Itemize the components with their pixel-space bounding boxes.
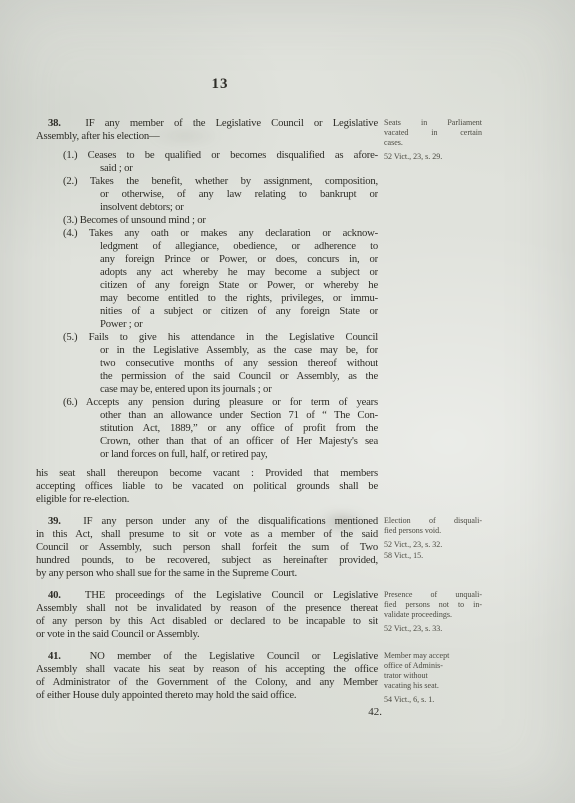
- text-line: 40. THE proceedings of the Legislative C…: [36, 589, 378, 602]
- margin-note-line: validate proceedings.: [384, 610, 482, 620]
- page-number: 13: [36, 76, 378, 93]
- margin-note-line: vacating his seat.: [384, 681, 482, 691]
- text-line: eligible for re-election.: [36, 493, 378, 506]
- section: 39. IF any person under any of the disqu…: [36, 515, 536, 580]
- text-line: two consecutive months of any session th…: [36, 357, 378, 370]
- section-main: 39. IF any person under any of the disqu…: [36, 515, 378, 580]
- text-line: nities of a subject or citizen of any fo…: [36, 305, 378, 318]
- text-line: adopts any act whereby he may become a s…: [36, 266, 378, 279]
- text-line: (4.) Takes any oath or makes any declara…: [36, 227, 378, 240]
- text-line: ledgment of allegiance, obedience, or ad…: [36, 240, 378, 253]
- statute-citation: 58 Vict., 15.: [384, 551, 482, 561]
- margin-note-citations: 52 Vict., 23, s. 33.: [384, 624, 482, 634]
- text-line: Power ; or: [36, 318, 378, 331]
- text-line: or in the Legislative Assembly, as the c…: [36, 344, 378, 357]
- text-line: of either House duly appointed thereto m…: [36, 689, 378, 702]
- text-line: hundred pounds, to be recovered, subject…: [36, 554, 378, 567]
- margin-note-line: vacated in certain: [384, 128, 482, 138]
- margin-note-line: Member may accept: [384, 651, 482, 661]
- margin-note-text: Seats in Parliamentvacated in certaincas…: [384, 118, 482, 148]
- page-content: 13 38. IF any member of the Legislative …: [36, 76, 536, 719]
- statute-citation: 54 Vict., 6, s. 1.: [384, 695, 482, 705]
- margin-note-citations: 52 Vict., 23, s. 29.: [384, 152, 482, 162]
- text-line: his seat shall thereupon become vacant :…: [36, 467, 378, 480]
- text-line: any foreign Prince or Power, or does, co…: [36, 253, 378, 266]
- text-line: (2.) Takes the benefit, whether by assig…: [36, 175, 378, 188]
- margin-note: Seats in Parliamentvacated in certaincas…: [384, 117, 482, 162]
- text-line: other than an allowance under Section 71…: [36, 409, 378, 422]
- margin-note-line: fied persons not to in-: [384, 600, 482, 610]
- catchword: 42.: [36, 706, 382, 719]
- text-line: 41. NO member of the Legislative Council…: [36, 650, 378, 663]
- margin-note-text: Member may acceptoffice of Adminis-trato…: [384, 651, 482, 691]
- text-line: citizen of any foreign State or Power, o…: [36, 279, 378, 292]
- text-line: insolvent debtors; or: [36, 201, 378, 214]
- statute-citation: 52 Vict., 23, s. 33.: [384, 624, 482, 634]
- text-line: or land forces on full, half, or retired…: [36, 448, 378, 461]
- text-line: 38. IF any member of the Legislative Cou…: [36, 117, 378, 130]
- text-line: said ; or: [36, 162, 378, 175]
- margin-note: Member may acceptoffice of Adminis-trato…: [384, 650, 482, 705]
- text-line: of Administrator of the Government of th…: [36, 676, 378, 689]
- statute-citation: 52 Vict., 23, s. 32.: [384, 540, 482, 550]
- text-line: (5.) Fails to give his attendance in the…: [36, 331, 378, 344]
- text-line: stitution Act, 1889,” or any office of p…: [36, 422, 378, 435]
- margin-note: Election of disquali-fied persons void. …: [384, 515, 482, 561]
- margin-note-line: Presence of unquali-: [384, 590, 482, 600]
- margin-note-line: office of Adminis-: [384, 661, 482, 671]
- margin-note-citations: 52 Vict., 23, s. 32.58 Vict., 15.: [384, 540, 482, 561]
- text-line: in this Act, shall presume to sit or vot…: [36, 528, 378, 541]
- section-number: 40.: [48, 589, 61, 601]
- margin-note-text: Election of disquali-fied persons void.: [384, 516, 482, 536]
- scanned-document-page: 13 38. IF any member of the Legislative …: [0, 0, 575, 803]
- section-main: 40. THE proceedings of the Legislative C…: [36, 589, 378, 641]
- text-line: Council or Assembly, such person shall f…: [36, 541, 378, 554]
- text-line: Assembly shall not be invalidated by rea…: [36, 602, 378, 615]
- text-line: case may be, entered upon its journals ;…: [36, 383, 378, 396]
- margin-note: Presence of unquali-fied persons not to …: [384, 589, 482, 634]
- section-main: 41. NO member of the Legislative Council…: [36, 650, 378, 702]
- section-main: 38. IF any member of the Legislative Cou…: [36, 117, 378, 506]
- margin-note-line: Election of disquali-: [384, 516, 482, 526]
- text-line: (3.) Becomes of unsound mind ; or: [36, 214, 378, 227]
- text-line: may become entitled to the rights, privi…: [36, 292, 378, 305]
- section: 38. IF any member of the Legislative Cou…: [36, 117, 536, 506]
- section-number: 38.: [48, 117, 61, 129]
- section-number: 41.: [48, 650, 61, 662]
- text-line: 39. IF any person under any of the disqu…: [36, 515, 378, 528]
- margin-note-line: fied persons void.: [384, 526, 482, 536]
- margin-note-citations: 54 Vict., 6, s. 1.: [384, 695, 482, 705]
- text-line: of any person by this Act disabled or de…: [36, 615, 378, 628]
- text-line: the permission of the said Council or As…: [36, 370, 378, 383]
- statute-citation: 52 Vict., 23, s. 29.: [384, 152, 482, 162]
- section-number: 39.: [48, 515, 61, 527]
- text-line: Crown, other than that of an officer of …: [36, 435, 378, 448]
- margin-note-line: Seats in Parliament: [384, 118, 482, 128]
- margin-note-line: trator without: [384, 671, 482, 681]
- text-line: Assembly, after his election—: [36, 130, 378, 143]
- text-line: or vote in the said Council or Assembly.: [36, 628, 378, 641]
- text-line: Assembly shall vacate his seat by reason…: [36, 663, 378, 676]
- section: 41. NO member of the Legislative Council…: [36, 650, 536, 705]
- margin-note-line: cases.: [384, 138, 482, 148]
- text-line: accepting offices liable to be vacated o…: [36, 480, 378, 493]
- margin-note-text: Presence of unquali-fied persons not to …: [384, 590, 482, 620]
- text-line: (6.) Accepts any pension during pleasure…: [36, 396, 378, 409]
- sections: 38. IF any member of the Legislative Cou…: [36, 117, 536, 705]
- section: 40. THE proceedings of the Legislative C…: [36, 589, 536, 641]
- text-line: by any person who shall sue for the same…: [36, 567, 378, 580]
- text-line: (1.) Ceases to be qualified or becomes d…: [36, 149, 378, 162]
- text-line: or otherwise, of any law relating to ban…: [36, 188, 378, 201]
